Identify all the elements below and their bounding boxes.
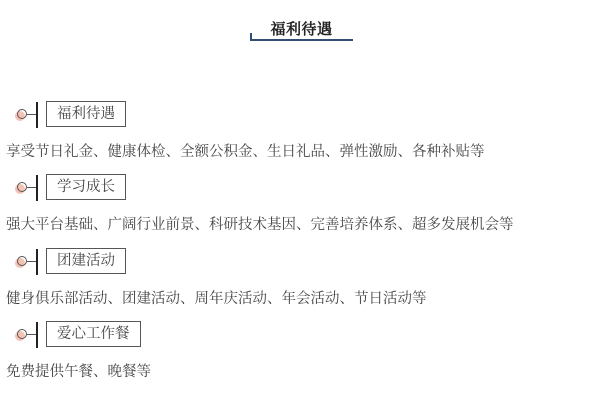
section-label: 爱心工作餐 <box>46 321 141 347</box>
section-description: 免费提供午餐、晚餐等 <box>6 360 151 381</box>
section-description: 健身俱乐部活动、团建活动、周年庆活动、年会活动、节日活动等 <box>6 287 427 308</box>
section-description: 享受节日礼金、健康体检、全额公积金、生日礼品、弹性激励、各种补贴等 <box>6 140 485 161</box>
section-label: 学习成长 <box>46 174 126 200</box>
title-underline <box>250 33 353 41</box>
section-label: 福利待遇 <box>46 101 126 127</box>
circle-connector-icon <box>14 322 44 348</box>
section-label: 团建活动 <box>46 248 126 274</box>
circle-connector-icon <box>14 175 44 201</box>
section-description: 强大平台基础、广阔行业前景、科研技术基因、完善培养体系、超多发展机会等 <box>6 213 514 234</box>
circle-connector-icon <box>14 249 44 275</box>
circle-connector-icon <box>14 102 44 128</box>
page-header: 福利待遇 <box>250 14 353 42</box>
